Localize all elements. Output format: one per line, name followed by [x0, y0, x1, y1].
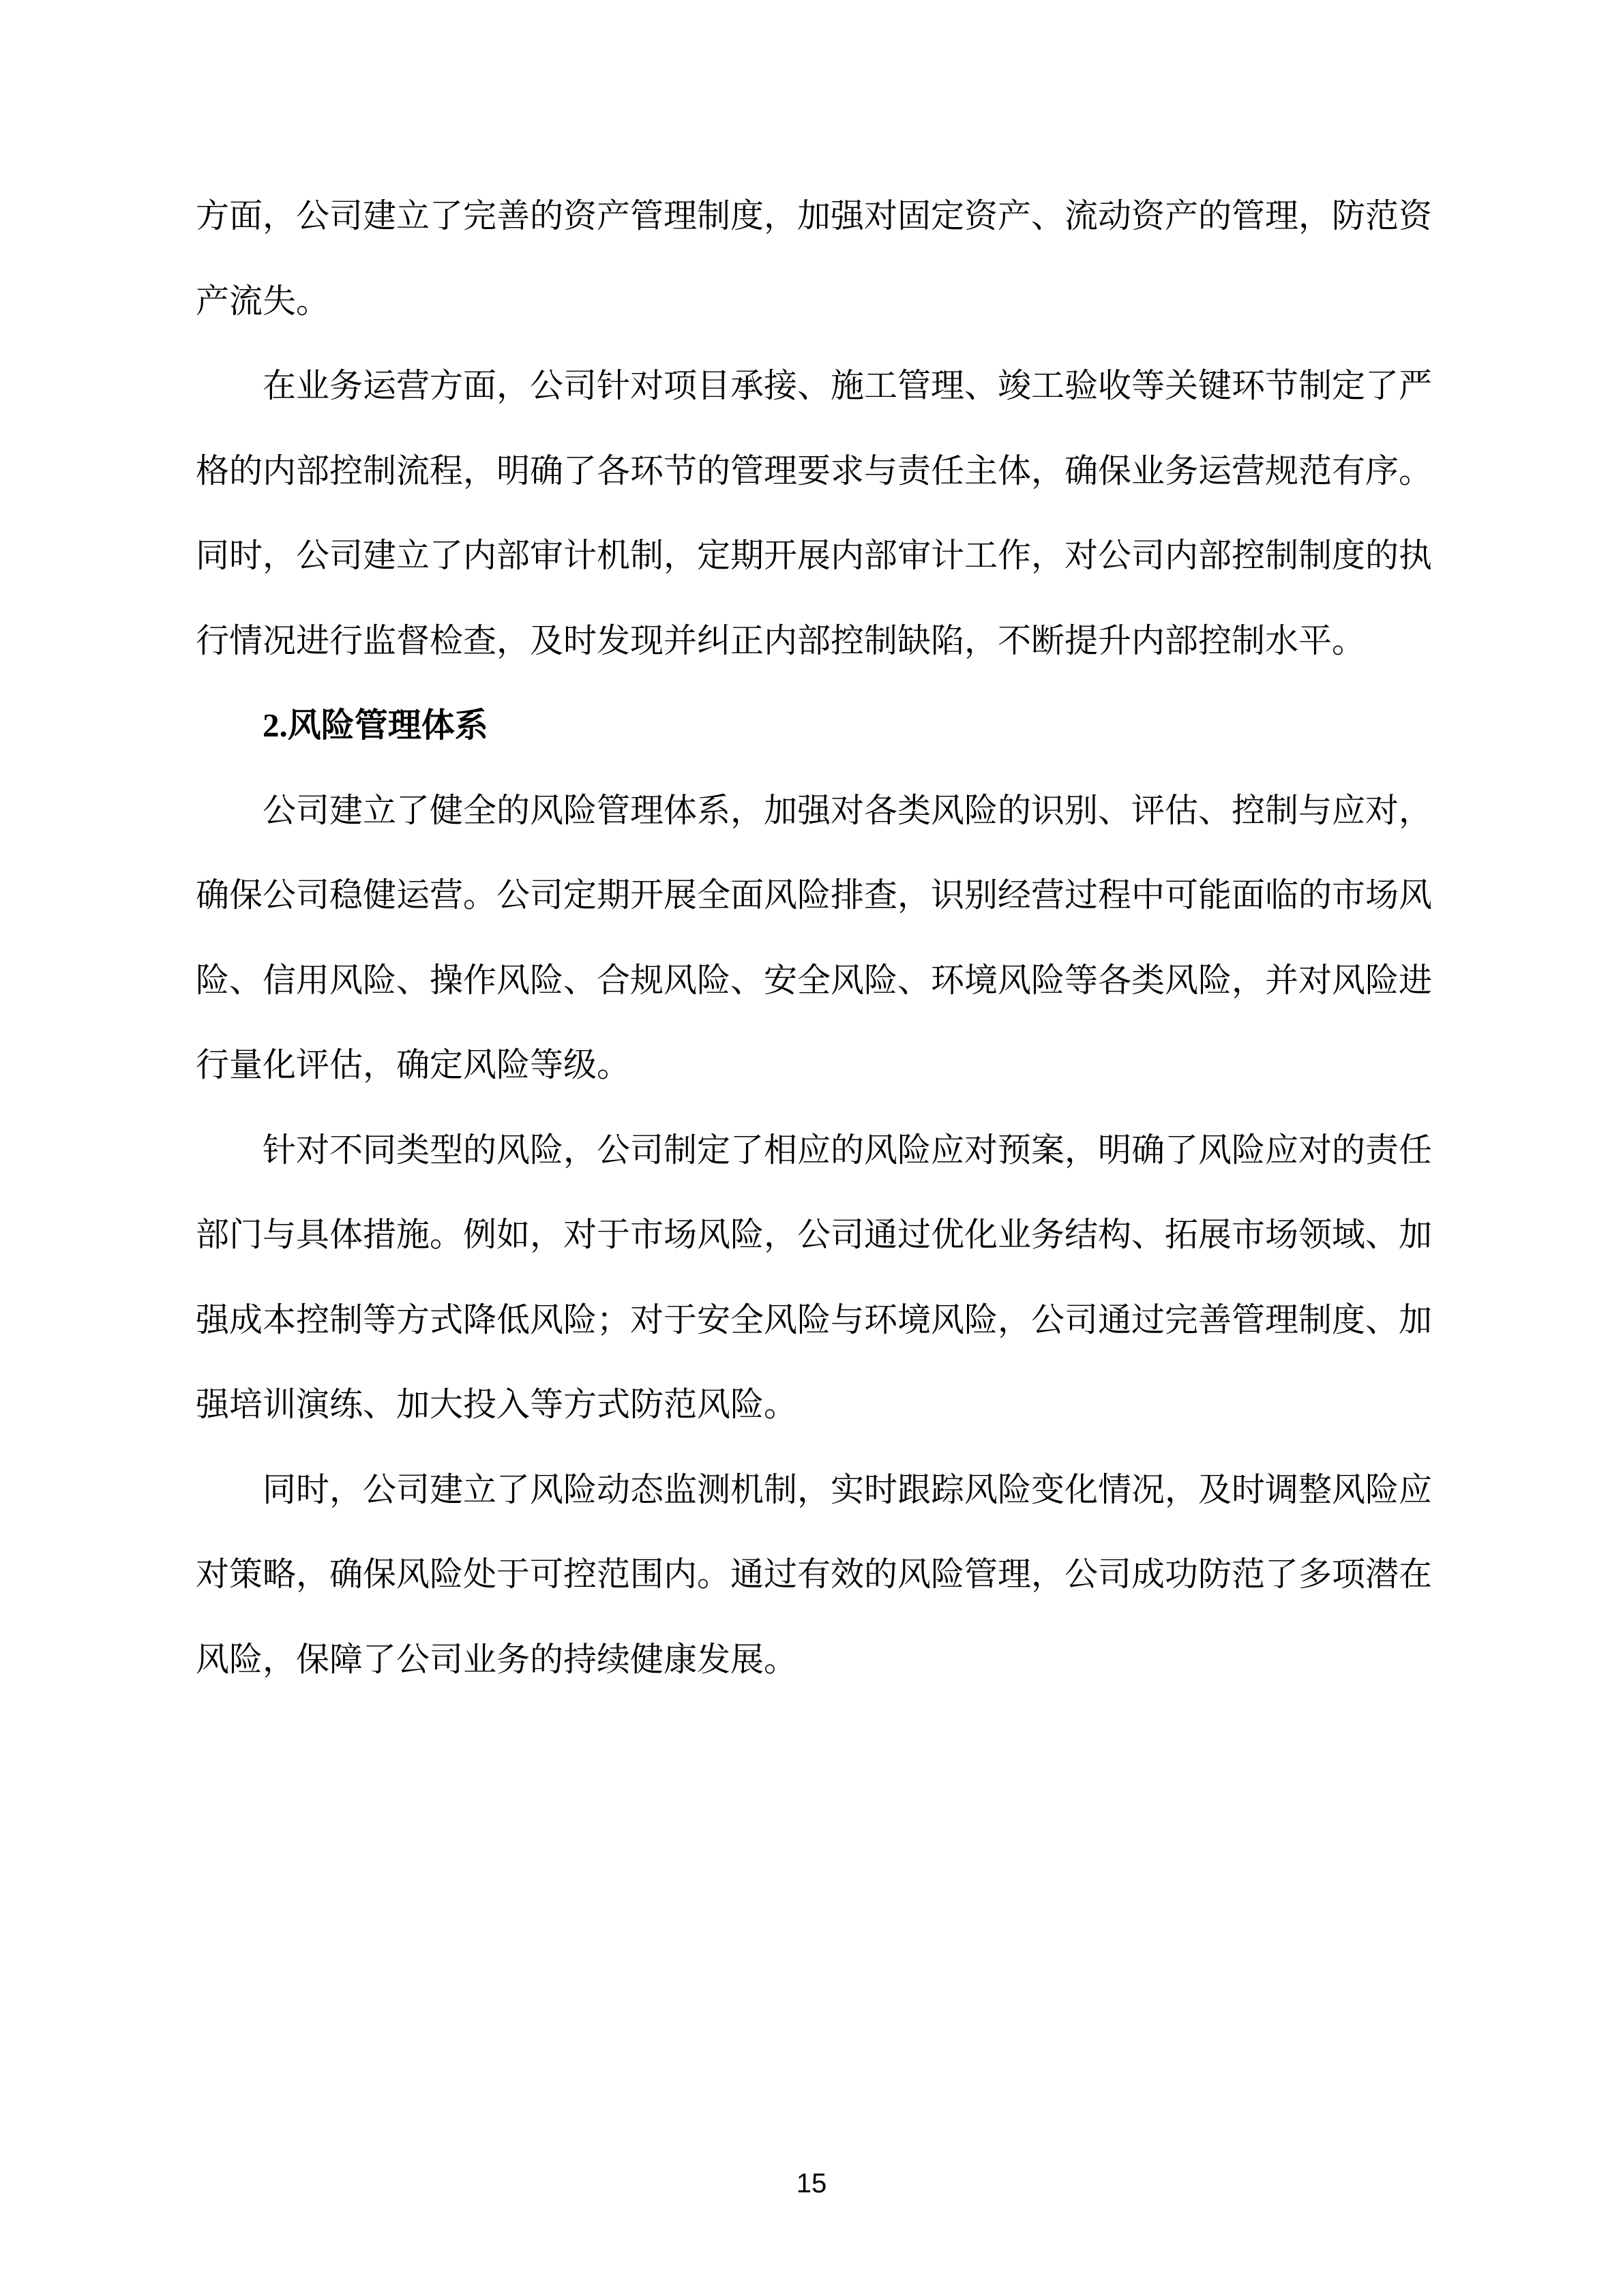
paragraph: 方面，公司建立了完善的资产管理制度，加强对固定资产、流动资产的管理，防范资产流失…	[196, 174, 1432, 344]
text-line: 同时，公司建立了风险动态监测机制，实时跟踪风险变化情况，及时调整风险应	[196, 1448, 1432, 1533]
text-line: 公司建立了健全的风险管理体系，加强对各类风险的识别、评估、控制与应对，	[196, 769, 1432, 854]
paragraph: 在业务运营方面，公司针对项目承接、施工管理、竣工验收等关键环节制定了严格的内部控…	[196, 344, 1432, 683]
text-line: 对策略，确保风险处于可控范围内。通过有效的风险管理，公司成功防范了多项潜在	[196, 1532, 1432, 1617]
page-footer: 15	[0, 2168, 1623, 2198]
text-line: 部门与具体措施。例如，对于市场风险，公司通过优化业务结构、拓展市场领域、加	[196, 1193, 1432, 1278]
text-line: 行量化评估，确定风险等级。	[196, 1023, 1432, 1108]
text-line: 强成本控制等方式降低风险；对于安全风险与环境风险，公司通过完善管理制度、加	[196, 1278, 1432, 1363]
text-line: 行情况进行监督检查，及时发现并纠正内部控制缺陷，不断提升内部控制水平。	[196, 599, 1432, 684]
document-page: 方面，公司建立了完善的资产管理制度，加强对固定资产、流动资产的管理，防范资产流失…	[0, 0, 1623, 2296]
paragraph: 公司建立了健全的风险管理体系，加强对各类风险的识别、评估、控制与应对，确保公司稳…	[196, 769, 1432, 1108]
text-line: 强培训演练、加大投入等方式防范风险。	[196, 1362, 1432, 1448]
text-line: 同时，公司建立了内部审计机制，定期开展内部审计工作，对公司内部控制制度的执	[196, 513, 1432, 599]
text-line: 格的内部控制流程，明确了各环节的管理要求与责任主体，确保业务运营规范有序。	[196, 429, 1432, 514]
text-line: 确保公司稳健运营。公司定期开展全面风险排查，识别经营过程中可能面临的市场风	[196, 853, 1432, 938]
text-line: 风险，保障了公司业务的持续健康发展。	[196, 1617, 1432, 1703]
document-body: 方面，公司建立了完善的资产管理制度，加强对固定资产、流动资产的管理，防范资产流失…	[196, 174, 1432, 1702]
text-line: 产流失。	[196, 259, 1432, 344]
text-line: 险、信用风险、操作风险、合规风险、安全风险、环境风险等各类风险，并对风险进	[196, 938, 1432, 1024]
text-line: 方面，公司建立了完善的资产管理制度，加强对固定资产、流动资产的管理，防范资	[196, 174, 1432, 259]
page-number: 15	[796, 2168, 827, 2198]
section-heading: 2.风险管理体系	[196, 683, 1432, 769]
text-line: 2.风险管理体系	[196, 683, 1432, 769]
paragraph: 针对不同类型的风险，公司制定了相应的风险应对预案，明确了风险应对的责任部门与具体…	[196, 1108, 1432, 1448]
text-line: 针对不同类型的风险，公司制定了相应的风险应对预案，明确了风险应对的责任	[196, 1108, 1432, 1193]
text-line: 在业务运营方面，公司针对项目承接、施工管理、竣工验收等关键环节制定了严	[196, 344, 1432, 429]
paragraph: 同时，公司建立了风险动态监测机制，实时跟踪风险变化情况，及时调整风险应对策略，确…	[196, 1448, 1432, 1703]
